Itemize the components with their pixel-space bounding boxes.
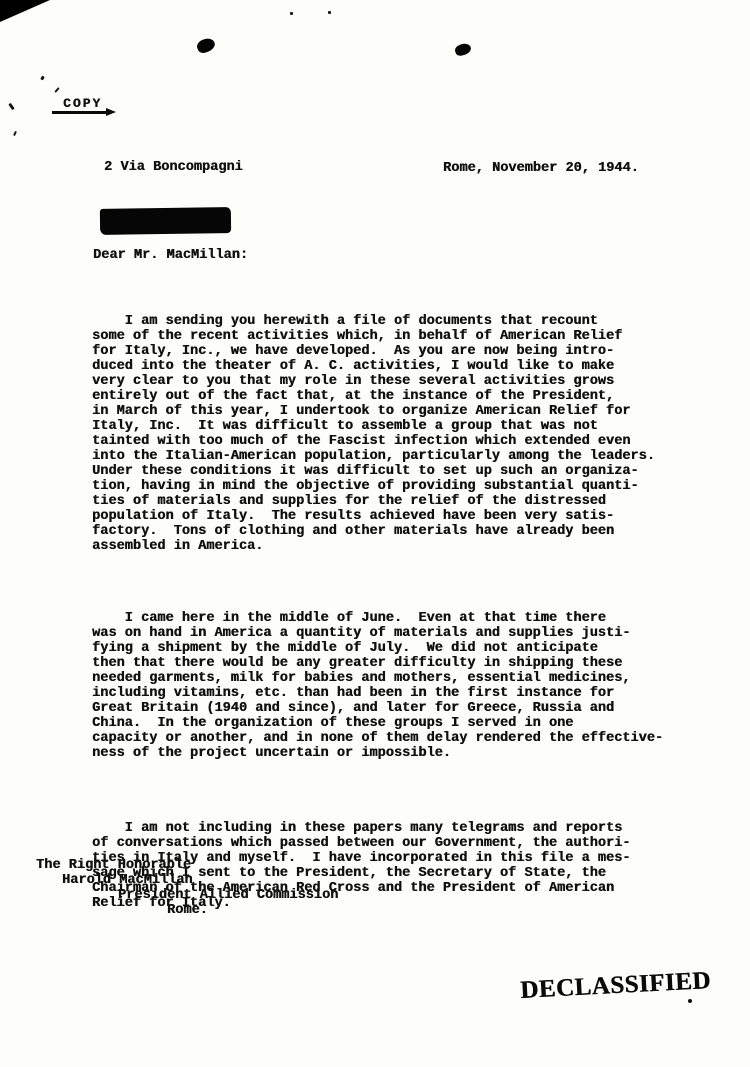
- body-paragraph-2: I came here in the middle of June. Even …: [92, 611, 717, 761]
- scan-speck: [54, 87, 59, 93]
- scanned-letter-page: COPY 2 Via Boncompagni Rome, November 20…: [0, 0, 750, 1067]
- scan-speck: [328, 11, 331, 14]
- ink-blot-mark: [454, 42, 473, 57]
- corner-fold-mark: [0, 0, 50, 22]
- recipient-block: The Right Honorable Harold MacMillan Pre…: [36, 858, 338, 918]
- copy-underline: [52, 111, 106, 114]
- recipient-line: President Allied Commission: [36, 888, 338, 903]
- scan-speck: [688, 999, 692, 1003]
- recipient-line: The Right Honorable: [36, 858, 338, 873]
- scan-speck: [40, 76, 45, 81]
- scan-speck: [8, 103, 14, 110]
- copy-label: COPY: [63, 96, 102, 111]
- scan-speck: [13, 131, 17, 136]
- scan-speck: [290, 12, 293, 15]
- salutation: Dear Mr. MacMillan:: [93, 248, 248, 263]
- declassified-stamp: DECLASSIFIED: [520, 967, 712, 1005]
- arrow-right-icon: [106, 108, 116, 116]
- ink-blot-mark: [195, 36, 217, 55]
- letter-body: I am sending you herewith a file of docu…: [92, 284, 717, 941]
- redaction-bar: [100, 207, 231, 235]
- sender-address: 2 Via Boncompagni: [104, 160, 243, 175]
- recipient-line: Harold MacMillan: [36, 873, 338, 888]
- dateline: Rome, November 20, 1944.: [443, 161, 639, 176]
- recipient-line: Rome.: [36, 903, 338, 918]
- body-paragraph-1: I am sending you herewith a file of docu…: [92, 314, 717, 554]
